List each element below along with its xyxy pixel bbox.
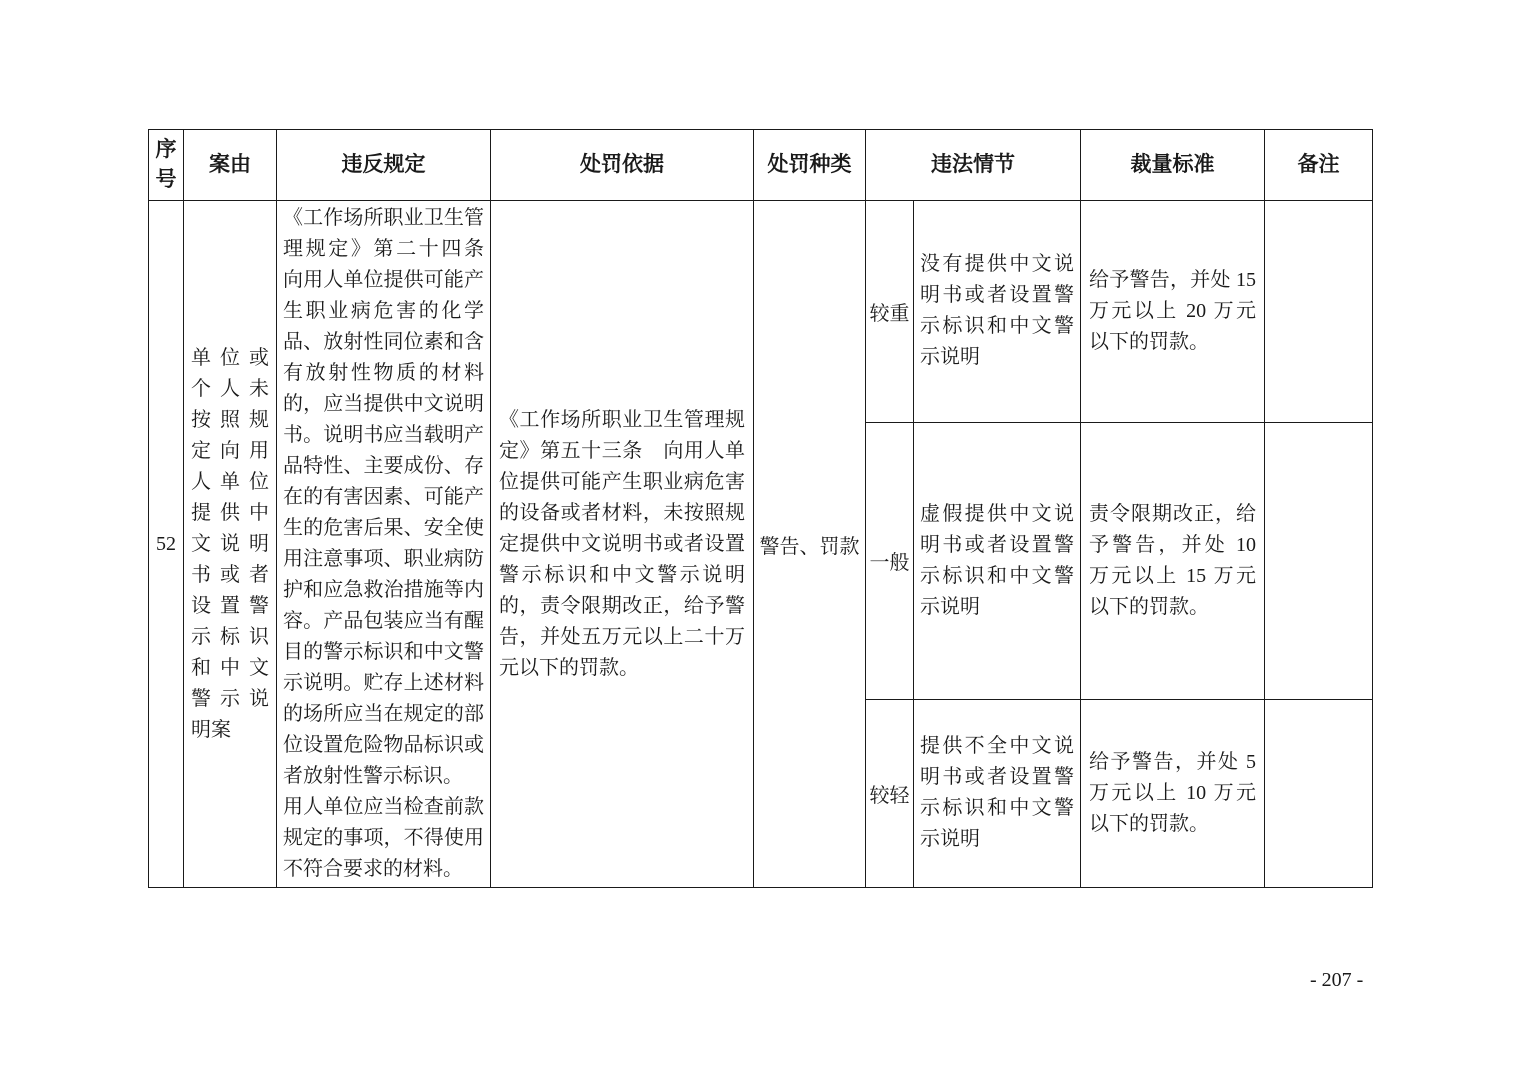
remark-cell: [1265, 422, 1373, 699]
header-penalty-basis: 处罚依据: [491, 130, 754, 201]
basis-cell: 《工作场所职业卫生管理规定》第五十三条 向用人单位提供可能产生职业病危害的设备或…: [491, 201, 754, 888]
standard-cell: 给予警告，并处 15 万元以上 20 万元以下的罚款。: [1081, 201, 1265, 423]
header-violation-circumstance: 违法情节: [866, 130, 1081, 201]
circumstance-cell: 提供不全中文说明书或者设置警示标识和中文警示说明: [914, 699, 1081, 887]
remark-cell: [1265, 699, 1373, 887]
header-seq-no: 序号: [149, 130, 184, 201]
severity-cell: 一般: [866, 422, 914, 699]
remark-cell: [1265, 201, 1373, 423]
header-penalty-type: 处罚种类: [754, 130, 866, 201]
penalty-table: 序号 案由 违反规定 处罚依据 处罚种类 违法情节 裁量标准 备注 52 单位或…: [148, 129, 1373, 888]
severity-cell: 较轻: [866, 699, 914, 887]
header-row: 序号 案由 违反规定 处罚依据 处罚种类 违法情节 裁量标准 备注: [149, 130, 1373, 201]
circumstance-cell: 虚假提供中文说明书或者设置警示标识和中文警示说明: [914, 422, 1081, 699]
standard-cell: 给予警告，并处 5 万元以上 10 万元以下的罚款。: [1081, 699, 1265, 887]
severity-cell: 较重: [866, 201, 914, 423]
standard-cell: 责令限期改正，给予警告，并处 10 万元以上 15 万元以下的罚款。: [1081, 422, 1265, 699]
penalty-type-cell: 警告、罚款: [754, 201, 866, 888]
regulation-paragraph-2: 用人单位应当检查前款规定的事项，不得使用不符合要求的材料。: [283, 792, 484, 885]
table-row-severe: 52 单位或个人未按照规定向用人单位提供中文说明书或者设置警示标识和中文警示说明…: [149, 201, 1373, 423]
regulation-paragraph-1: 《工作场所职业卫生管理规定》第二十四条 向用人单位提供可能产生职业病危害的化学品…: [283, 203, 484, 792]
circumstance-cell: 没有提供中文说明书或者设置警示标识和中文警示说明: [914, 201, 1081, 423]
seq-no-cell: 52: [149, 201, 184, 888]
header-violated-regulation: 违反规定: [277, 130, 491, 201]
header-cause: 案由: [184, 130, 277, 201]
cause-cell: 单位或个人未按照规定向用人单位提供中文说明书或者设置警示标识和中文警示说明案: [184, 201, 277, 888]
header-discretion-standard: 裁量标准: [1081, 130, 1265, 201]
regulation-cell: 《工作场所职业卫生管理规定》第二十四条 向用人单位提供可能产生职业病危害的化学品…: [277, 201, 491, 888]
page-number: - 207 -: [1310, 966, 1363, 994]
header-remarks: 备注: [1265, 130, 1373, 201]
document-page: 序号 案由 违反规定 处罚依据 处罚种类 违法情节 裁量标准 备注 52 单位或…: [0, 0, 1520, 1074]
